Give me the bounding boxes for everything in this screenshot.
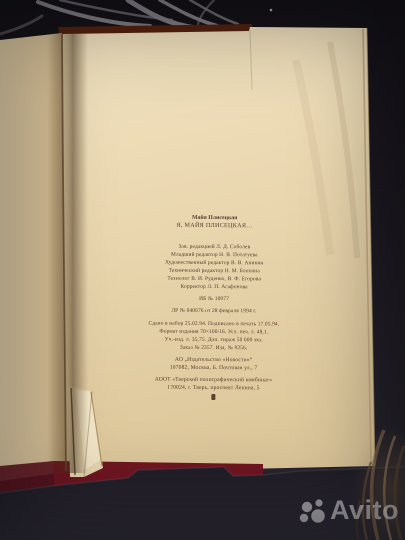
license-line: ЛР № 040676 от 28 февраля 1994 г. [64,306,364,316]
book-title-line: Я, МАЙЯ ПЛИСЕЦКАЯ… [65,221,365,232]
book-photo: Майя Плисецкая Я, МАЙЯ ПЛИСЕЦКАЯ… Зав. р… [0,0,405,540]
staff-line: Корректор Л. П. Агафонова [64,282,364,292]
printing-house-address: 170024, г. Тверь, проспект Ленина, 5 [63,383,363,393]
dust-speck [270,9,273,12]
colophon-text-block: Майя Плисецкая Я, МАЙЯ ПЛИСЕЦКАЯ… Зав. р… [63,213,364,401]
ib-number: ИБ № 10977 [64,294,364,304]
print-info-line: Заказ № 2357. Изд. № 9256. [64,343,364,353]
printer-mark-icon [211,394,215,400]
publisher-address: 107082, Москва, Б. Почтовая ул., 7 [64,363,364,373]
